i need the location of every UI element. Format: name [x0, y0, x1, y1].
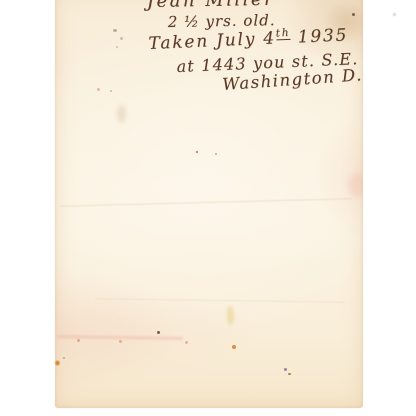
crease-middle: [60, 198, 352, 207]
scanner-background: Jean Miller 2 ½ yrs. old. Taken July 4th…: [0, 0, 416, 416]
streak-yellow: [227, 306, 234, 325]
inscription-date-year: 1935: [290, 25, 348, 47]
photo-paper: Jean Miller 2 ½ yrs. old. Taken July 4th…: [55, 0, 363, 408]
scanned-photo-back: { "inscription": { "line1": "Jean Miller…: [0, 0, 416, 416]
speck-olive-2: [288, 373, 291, 375]
crease-lower: [95, 298, 345, 302]
speck-gray-5: [63, 357, 65, 359]
inscription-date-ordinal: th: [275, 27, 290, 41]
dust-speck: [393, 13, 396, 16]
speck-left-edge-orange: [55, 360, 60, 366]
speck-red-1: [196, 151, 198, 153]
speck-red-2: [215, 153, 217, 155]
speck-purple: [284, 368, 287, 371]
stain-pink-right-edge: [348, 173, 363, 197]
inscription-name: Jean Miller: [147, 0, 276, 12]
inscription-date-prefix: Taken July 4: [148, 28, 276, 54]
inscription-age: 2 ½ yrs. old.: [168, 11, 276, 31]
dot-orange-3: [185, 341, 188, 344]
dot-orange-2: [119, 340, 122, 343]
streak-pink-bottom-left: [57, 335, 183, 340]
dot-orange-1: [77, 339, 80, 342]
speck-orange-big: [232, 345, 236, 349]
speck-olive-1: [157, 331, 160, 334]
handwritten-inscription: Jean Miller 2 ½ yrs. old. Taken July 4th…: [55, 0, 363, 130]
